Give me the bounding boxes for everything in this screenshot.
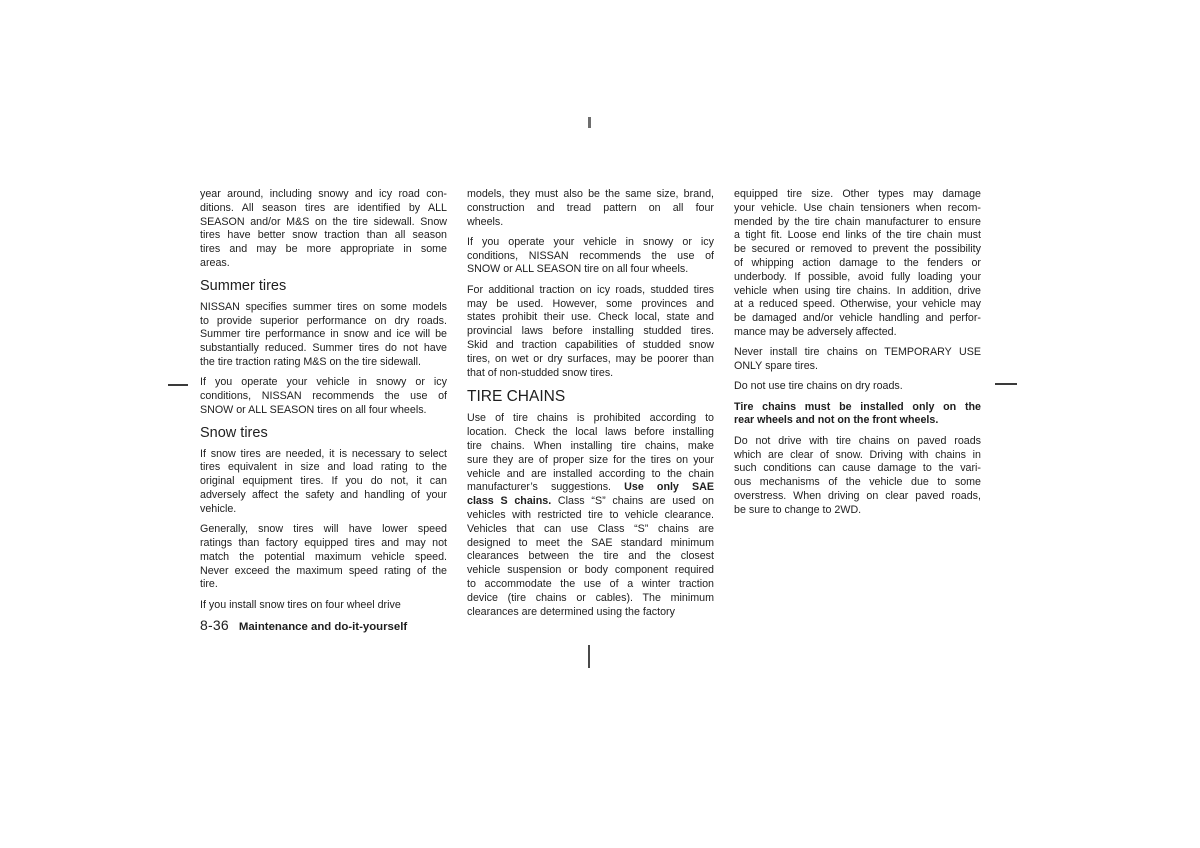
text-line: ONLY spare tires. [734, 360, 981, 374]
text-line: If you operate your vehicle in snowy or … [467, 236, 714, 250]
crop-mark-right-icon [995, 383, 1017, 385]
text-line: Skid and traction capabilities of studde… [467, 339, 714, 353]
text-line: Tire chains must be installed only on th… [734, 401, 981, 415]
text-line: SNOW or ALL SEASON tire on all four whee… [467, 263, 714, 277]
text-line: If snow tires are needed, it is necessar… [200, 448, 447, 462]
crop-mark-bottom-icon [588, 645, 590, 668]
page-number: 8-36 [200, 617, 229, 633]
text-line: tires have better snow traction than all… [200, 229, 447, 243]
text-columns: year around, including snowy and icy roa… [200, 188, 981, 626]
text-line: Do not use tire chains on dry roads. [734, 380, 981, 394]
paragraph: If you operate your vehicle in snowy or … [200, 376, 447, 417]
paragraph: NISSAN specifies summer tires on some mo… [200, 301, 447, 370]
paragraph: Generally, snow tires will have lower sp… [200, 523, 447, 592]
text-line: may be used. However, some provinces and [467, 298, 714, 312]
section-heading: Summer tires [200, 279, 447, 294]
paragraph: If snow tires are needed, it is necessar… [200, 448, 447, 517]
paragraph: Use of tire chains is prohibited accordi… [467, 412, 714, 619]
text-line: Never install tire chains on TEMPORARY U… [734, 346, 981, 360]
text-line: provincial laws before installing studde… [467, 325, 714, 339]
paragraph: Never install tire chains on TEMPORARY U… [734, 346, 981, 374]
text-line: vehicles with restricted tire to vehicle… [467, 509, 714, 523]
text-line: tire chains. When installing tire chains… [467, 440, 714, 454]
paragraph: year around, including snowy and icy roa… [200, 188, 447, 271]
text-line: rear wheels and not on the front wheels. [734, 414, 981, 428]
text-line: vehicle. [200, 503, 447, 517]
text-line: vehicle and are installed according to t… [467, 468, 714, 482]
text-line: match the potential maximum vehicle spee… [200, 551, 447, 565]
text-line: Generally, snow tires will have lower sp… [200, 523, 447, 537]
text-line: be secured or removed to prevent the pos… [734, 243, 981, 257]
crop-mark-top-icon [588, 117, 591, 128]
text-line: For additional traction on icy roads, st… [467, 284, 714, 298]
column-left: year around, including snowy and icy roa… [200, 188, 447, 626]
text-line: ous mechanisms of the vehicle due to som… [734, 476, 981, 490]
text-line: at a reduced speed. Otherwise, your vehi… [734, 298, 981, 312]
text-line: mended by the tire chain manufacturer to… [734, 216, 981, 230]
text-line: that of non-studded snow tires. [467, 367, 714, 381]
text-line: models, they must also be the same size,… [467, 188, 714, 202]
text-line: be sure to change to 2WD. [734, 504, 981, 518]
text-line: If you install snow tires on four wheel … [200, 599, 447, 613]
paragraph: For additional traction on icy roads, st… [467, 284, 714, 381]
text-line: Vehicles that can use Class “S” chains a… [467, 523, 714, 537]
text-line: tires, on wet or dry surfaces, may be po… [467, 353, 714, 367]
text-line: vehicle when using tire chains. In addit… [734, 285, 981, 299]
text-line: Never exceed the maximum speed rating of… [200, 565, 447, 579]
paragraph: Do not drive with tire chains on paved r… [734, 435, 981, 518]
text-line: wheels. [467, 216, 714, 230]
text-line: designed to meet the SAE standard minimu… [467, 537, 714, 551]
text-line: SEASON and/or M&S on the tire sidewall. … [200, 216, 447, 230]
section-heading: Snow tires [200, 426, 447, 441]
text-line: SNOW or ALL SEASON tires on all four whe… [200, 404, 447, 418]
text-line: the tire traction rating M&S on the tire… [200, 356, 447, 370]
text-line: original equipment tires. If you do not,… [200, 475, 447, 489]
text-line: mance may be adversely affected. [734, 326, 981, 340]
text-line: clearances between the tire and the clos… [467, 550, 714, 564]
text-line: year around, including snowy and icy roa… [200, 188, 447, 202]
text-line: conditions, NISSAN recommends the use of [467, 250, 714, 264]
text-line: equipped tire size. Other types may dama… [734, 188, 981, 202]
text-line: construction and tread pattern on all fo… [467, 202, 714, 216]
text-line: conditions, NISSAN recommends the use of [200, 390, 447, 404]
text-line: tires equivalent in size and load rating… [200, 461, 447, 475]
text-line: sure they are of proper size for the tir… [467, 454, 714, 468]
text-line: which are clear of snow. Driving with ch… [734, 449, 981, 463]
text-line: NISSAN specifies summer tires on some mo… [200, 301, 447, 315]
manual-page: year around, including snowy and icy roa… [0, 0, 1200, 848]
text-line: tire. [200, 578, 447, 592]
text-line: If you operate your vehicle in snowy or … [200, 376, 447, 390]
text-line: such conditions can cause damage to the … [734, 462, 981, 476]
paragraph: If you install snow tires on four wheel … [200, 599, 447, 613]
text-line: to accommodate the use of a winter tract… [467, 578, 714, 592]
text-line: of whipping action damage to the fenders… [734, 257, 981, 271]
text-line: a tight fit. Loose end links of the tire… [734, 229, 981, 243]
text-line: class S chains. Class “S” chains are use… [467, 495, 714, 509]
text-line: adversely affect the safety and handling… [200, 489, 447, 503]
text-line: overstress. When driving on clear paved … [734, 490, 981, 504]
text-line: Do not drive with tire chains on paved r… [734, 435, 981, 449]
text-line: Use of tire chains is prohibited accordi… [467, 412, 714, 426]
paragraph: equipped tire size. Other types may dama… [734, 188, 981, 340]
column-right: equipped tire size. Other types may dama… [734, 188, 981, 626]
text-line: manufacturer’s suggestions. Use only SAE [467, 481, 714, 495]
text-line: states prohibit their use. Check local, … [467, 311, 714, 325]
footer-section-title: Maintenance and do-it-yourself [239, 621, 407, 633]
text-line: device (tire chains or cables). The mini… [467, 592, 714, 606]
text-line: tires and may be more appropriate in som… [200, 243, 447, 257]
paragraph: Tire chains must be installed only on th… [734, 401, 981, 429]
section-heading: TIRE CHAINS [467, 388, 714, 405]
column-middle: models, they must also be the same size,… [467, 188, 714, 626]
paragraph: If you operate your vehicle in snowy or … [467, 236, 714, 277]
text-line: Summer tire performance in snow and ice … [200, 328, 447, 342]
text-line: be damaged and/or vehicle handling and p… [734, 312, 981, 326]
paragraph: models, they must also be the same size,… [467, 188, 714, 229]
crop-mark-left-icon [168, 384, 188, 386]
text-line: underbody. If possible, avoid fully load… [734, 271, 981, 285]
text-line: clearances are determined using the fact… [467, 606, 714, 620]
page-footer: 8-36 Maintenance and do-it-yourself [200, 617, 407, 633]
text-line: ditions. All season tires are identified… [200, 202, 447, 216]
text-line: substantially reduced. Summer tires do n… [200, 342, 447, 356]
text-line: your vehicle. Use chain tensioners when … [734, 202, 981, 216]
text-line: location. Check the local laws before in… [467, 426, 714, 440]
paragraph: Do not use tire chains on dry roads. [734, 380, 981, 394]
text-line: to provide superior performance on dry r… [200, 315, 447, 329]
text-line: ratings than factory equipped tires and … [200, 537, 447, 551]
text-line: vehicle suspension or body component req… [467, 564, 714, 578]
text-line: areas. [200, 257, 447, 271]
